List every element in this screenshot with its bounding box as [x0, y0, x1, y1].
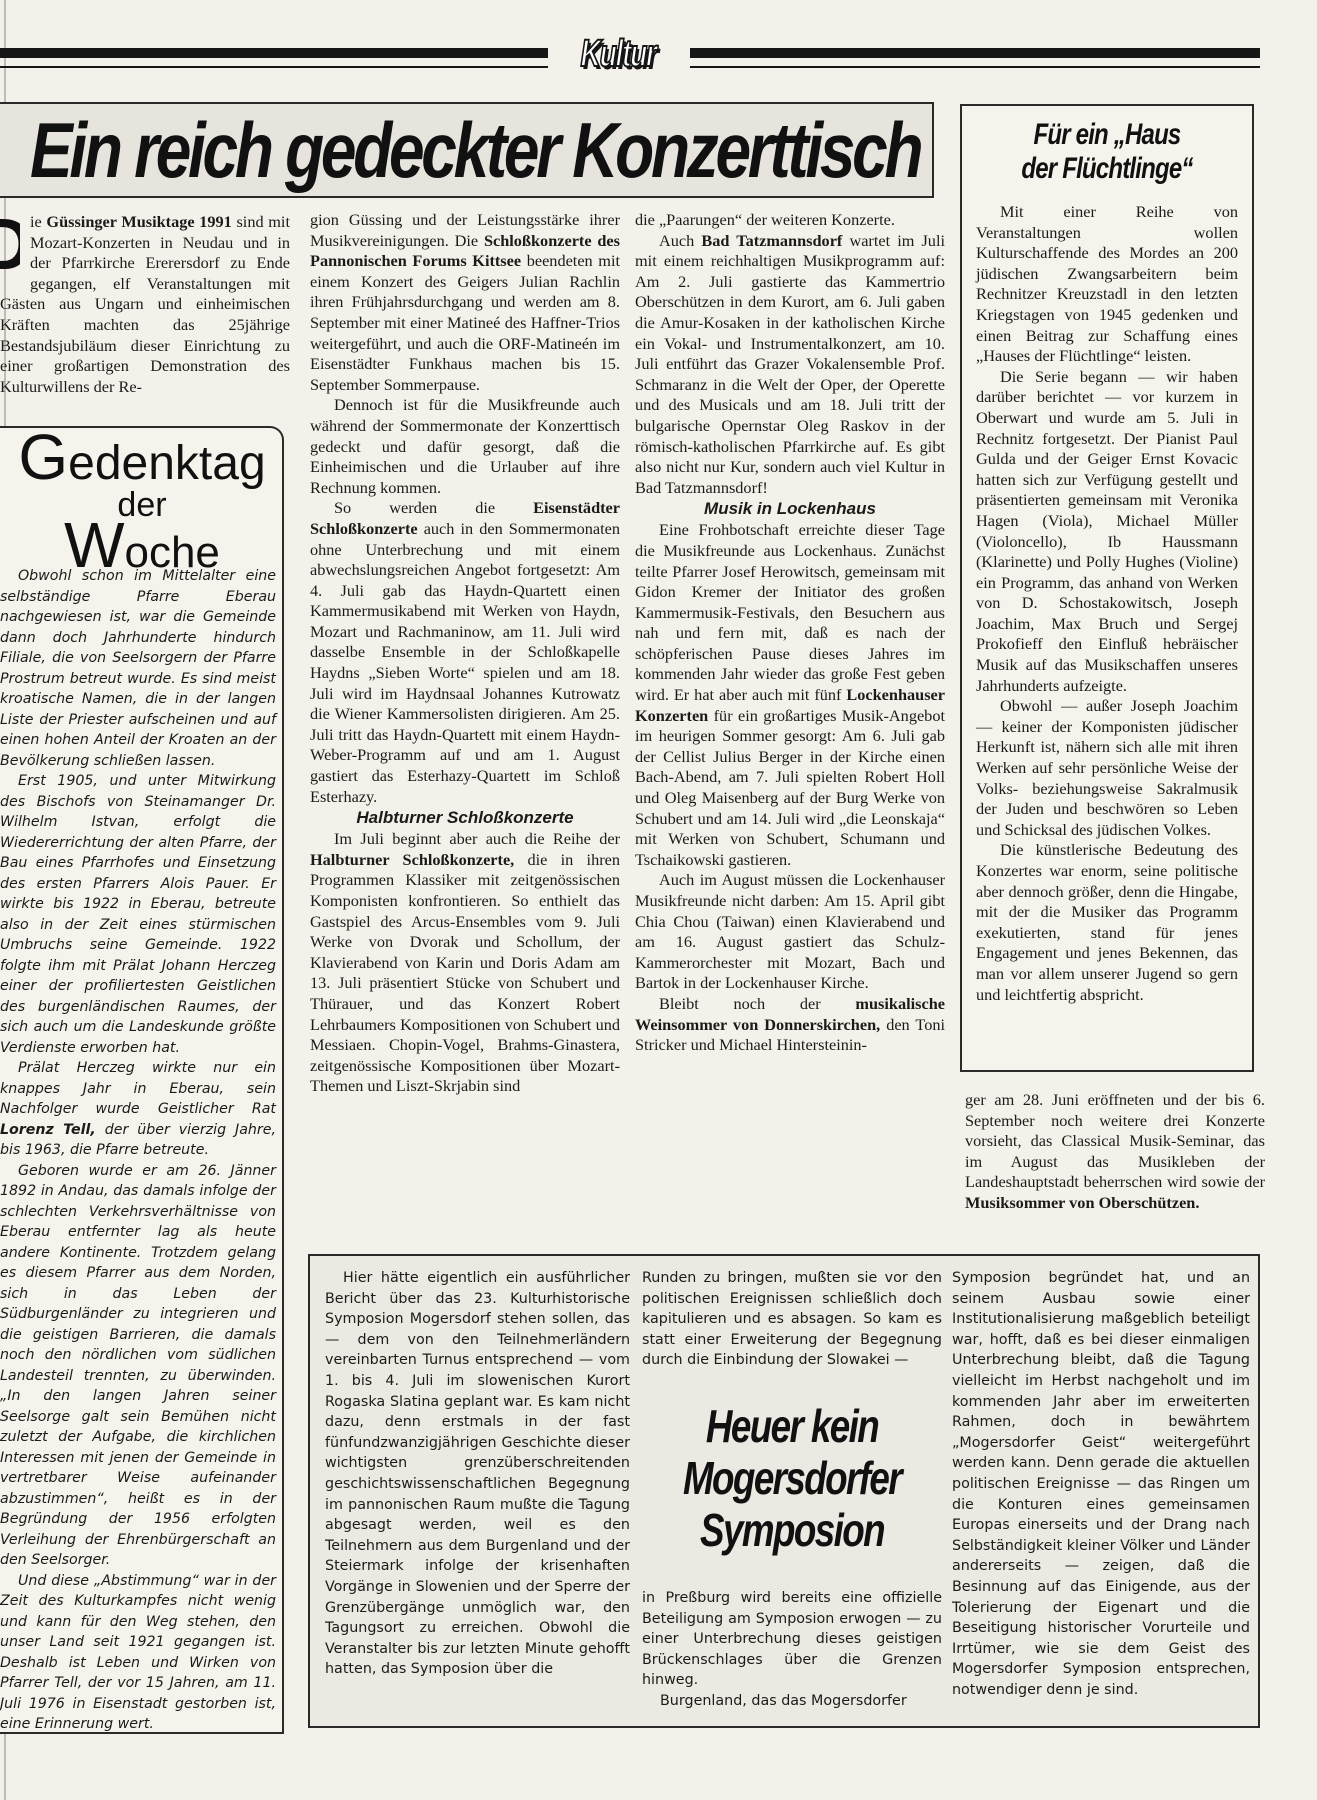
- article-paragraph: So werden die Eisenstädter Schloßkonzert…: [310, 498, 620, 807]
- article-paragraph: Bleibt noch der musikalische Weinsommer …: [635, 994, 945, 1056]
- gedenktag-paragraph: Obwohl schon im Mittelalter eine selbstä…: [0, 566, 276, 771]
- section-label: Kultur: [566, 30, 671, 78]
- sidebar-article-box: Für ein „Haus der Flüchtlinge“ Mit einer…: [960, 104, 1254, 1072]
- header-rule-right: [690, 48, 1260, 58]
- article-paragraph: die „Paarungen“ der weiteren Konzerte.: [635, 210, 945, 231]
- symposion-paragraph: in Preßburg wird bereits eine offizielle…: [642, 1588, 942, 1691]
- article-paragraph: ger am 28. Juni eröffneten und der bis 6…: [965, 1090, 1265, 1214]
- gedenktag-paragraph: Prälat Herczeg wirkte nur ein knappes Ja…: [0, 1058, 276, 1161]
- sidebar-paragraph: Mit einer Reihe von Veranstaltungen woll…: [976, 202, 1238, 367]
- header-rule-left: [0, 48, 548, 58]
- main-headline: Ein reich gedeckter Konzerttisch: [30, 108, 768, 192]
- gedenktag-paragraph: Erst 1905, und unter Mitwirkung des Bisc…: [0, 771, 276, 1058]
- sidebar-paragraph: Die künstlerische Bedeutung des Konzerte…: [976, 840, 1238, 1005]
- headline-banner: Ein reich gedeckter Konzerttisch: [0, 102, 934, 198]
- sidebar-paragraph: Obwohl — außer Joseph Joachim — keiner d…: [976, 696, 1238, 840]
- symposion-paragraph: Hier hätte eigentlich ein ausführlicher …: [325, 1268, 630, 1680]
- gedenktag-title: Gedenktag der Woche: [0, 432, 284, 577]
- gedenktag-body: Obwohl schon im Mittelalter eine selbstä…: [0, 566, 276, 1735]
- subhead-lockenhaus: Musik in Lockenhaus: [635, 498, 945, 520]
- symposion-paragraph: Runden zu bringen, mußten sie vor den po…: [642, 1268, 942, 1371]
- article-paragraph: Auch im August müssen die Lockenhauser M…: [635, 870, 945, 994]
- sidebar-body: Mit einer Reihe von Veranstaltungen woll…: [976, 202, 1238, 1005]
- article-paragraph: Eine Frohbotschaft erreichte dieser Tage…: [635, 520, 945, 870]
- article-column-1-intro: D ie Güssinger Musiktage 1991 sind mit M…: [0, 212, 290, 397]
- gedenktag-paragraph: Geboren wurde er am 26. Jänner 1892 in A…: [0, 1161, 276, 1571]
- symposion-paragraph: Burgenland, das das Mogersdorfer: [642, 1691, 942, 1712]
- sidebar-paragraph: Die Serie begann — wir haben darüber ber…: [976, 367, 1238, 697]
- article-column-2: gion Güssing und der Leistungsstärke ihr…: [310, 210, 620, 1097]
- header-thin-rule-left: [0, 66, 548, 68]
- sidebar-title: Für ein „Haus der Flüchtlinge“: [991, 118, 1223, 186]
- article-paragraph: Auch Bad Tatzmannsdorf wartet im Juli mi…: [635, 231, 945, 499]
- article-paragraph: gion Güssing und der Leistungsstärke ihr…: [310, 210, 620, 395]
- intro-paragraph: ie Güssinger Musiktage 1991 sind mit Moz…: [0, 212, 290, 397]
- header-thin-rule-right: [690, 66, 1260, 68]
- symposion-paragraph: Symposion begründet hat, und an seinem A…: [952, 1268, 1250, 1700]
- drop-cap: D: [0, 216, 20, 274]
- article-paragraph: Dennoch ist für die Musikfreunde auch wä…: [310, 395, 620, 498]
- symposion-column-3: Symposion begründet hat, und an seinem A…: [952, 1268, 1250, 1700]
- article-column-3: die „Paarungen“ der weiteren Konzerte. A…: [635, 210, 945, 1056]
- article-paragraph: Im Juli beginnt aber auch die Reihe der …: [310, 829, 620, 1097]
- symposion-column-2-bottom: in Preßburg wird bereits eine offizielle…: [642, 1588, 942, 1712]
- subhead-halbturn: Halbturner Schloßkonzerte: [310, 807, 620, 829]
- symposion-column-1: Hier hätte eigentlich ein ausführlicher …: [325, 1268, 630, 1680]
- symposion-column-2-top: Runden zu bringen, mußten sie vor den po…: [642, 1268, 942, 1371]
- article-column-4-end: ger am 28. Juni eröffneten und der bis 6…: [965, 1090, 1265, 1214]
- symposion-title: Heuer kein Mogersdorfer Symposion: [672, 1400, 912, 1556]
- gedenktag-paragraph: Und diese „Abstimmung“ war in der Zeit d…: [0, 1571, 276, 1735]
